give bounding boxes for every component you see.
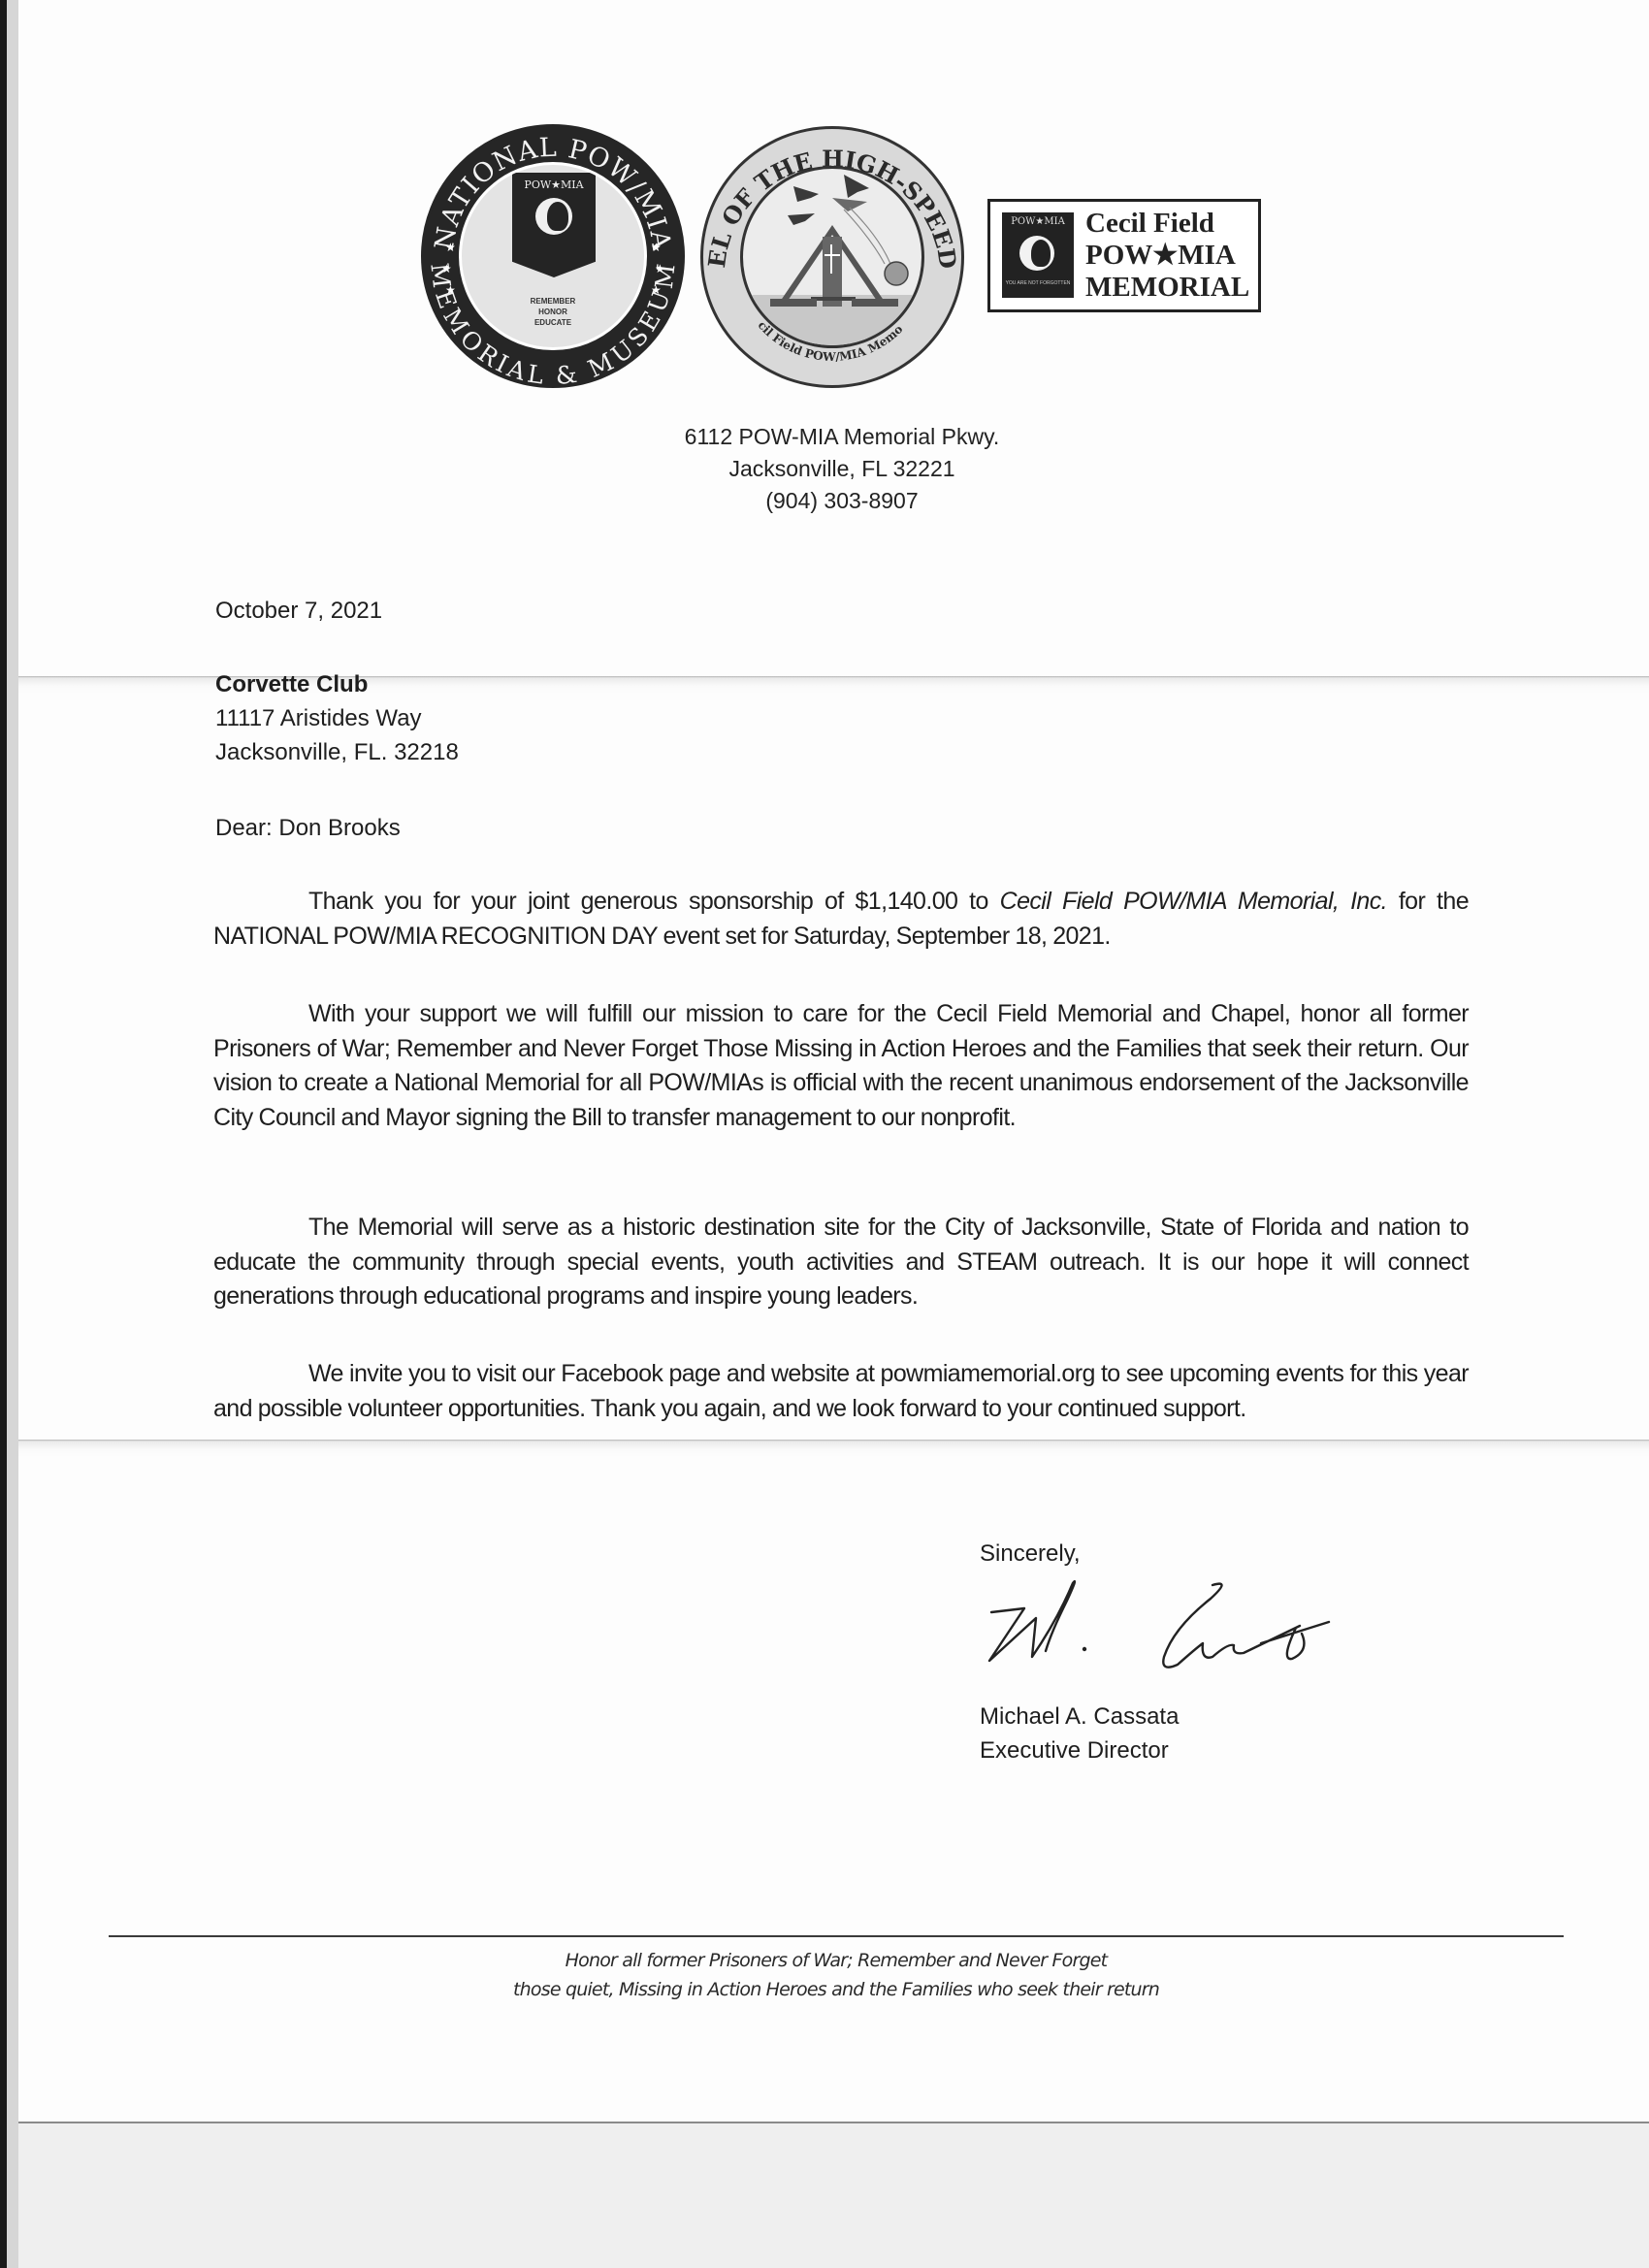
svg-text:★: ★ — [651, 241, 662, 254]
recipient-address: Corvette Club 11117 Aristides Way Jackso… — [215, 667, 459, 769]
scanner-edge-margin — [7, 0, 18, 2268]
fold-crease — [18, 1440, 1649, 1457]
address-phone: (904) 303-8907 — [551, 485, 1133, 517]
svg-text:★: ★ — [651, 283, 662, 297]
chapel-and-jets-icon — [743, 169, 921, 345]
paragraph-thank-you: Thank you for your joint generous sponso… — [213, 885, 1469, 954]
scanner-edge — [0, 0, 7, 2268]
svg-text:★: ★ — [445, 283, 456, 297]
footer-divider — [109, 1935, 1564, 1937]
svg-text:★: ★ — [441, 262, 452, 275]
letterhead-address: 6112 POW-MIA Memorial Pkwy. Jacksonville… — [551, 421, 1133, 517]
paragraph-mission: With your support we will fulfill our mi… — [213, 997, 1469, 1135]
pow-mia-flag-icon: POW★MIA — [512, 173, 596, 277]
signature-icon — [980, 1571, 1348, 1678]
closing: Sincerely, — [980, 1537, 1081, 1571]
seal-center — [740, 166, 924, 348]
seal-center: POW★MIA REMEMBER HONOR EDUCATE — [459, 162, 647, 350]
letter-date: October 7, 2021 — [215, 594, 382, 628]
address-street: 6112 POW-MIA Memorial Pkwy. — [551, 421, 1133, 453]
cecil-field-memorial-logo: POW★MIA YOU ARE NOT FORGOTTEN Cecil Fiel… — [987, 199, 1261, 312]
salutation: Dear: Don Brooks — [215, 811, 401, 845]
footer-tagline: Honor all former Prisoners of War; Remem… — [109, 1946, 1564, 2004]
pow-mia-flag-icon: POW★MIA YOU ARE NOT FORGOTTEN — [1002, 212, 1074, 298]
paragraph-destination: The Memorial will serve as a historic de… — [213, 1211, 1469, 1314]
recipient-street: 11117 Aristides Way — [215, 701, 459, 735]
recipient-city: Jacksonville, FL. 32218 — [215, 735, 459, 769]
paragraph-invitation: We invite you to visit our Facebook page… — [213, 1357, 1469, 1426]
signer-title: Executive Director — [980, 1733, 1179, 1767]
logo-wordmark: Cecil Field POW★MIA MEMORIAL — [1085, 208, 1260, 304]
svg-text:★: ★ — [445, 241, 456, 254]
chapel-high-speed-pass-seal-logo: CHAPEL OF THE HIGH-SPEED PASS Cecil Fiel… — [700, 126, 964, 388]
seal-motto: REMEMBER HONOR EDUCATE — [462, 296, 644, 328]
national-pow-mia-seal-logo: NATIONAL POW/MIA MEMORIAL & MUSEUM ★ ★ ★… — [421, 124, 685, 388]
signer-block: Michael A. Cassata Executive Director — [980, 1700, 1179, 1767]
svg-text:★: ★ — [655, 262, 665, 275]
recipient-organization: Corvette Club — [215, 667, 459, 701]
signer-name: Michael A. Cassata — [980, 1700, 1179, 1733]
address-city: Jacksonville, FL 32221 — [551, 453, 1133, 485]
